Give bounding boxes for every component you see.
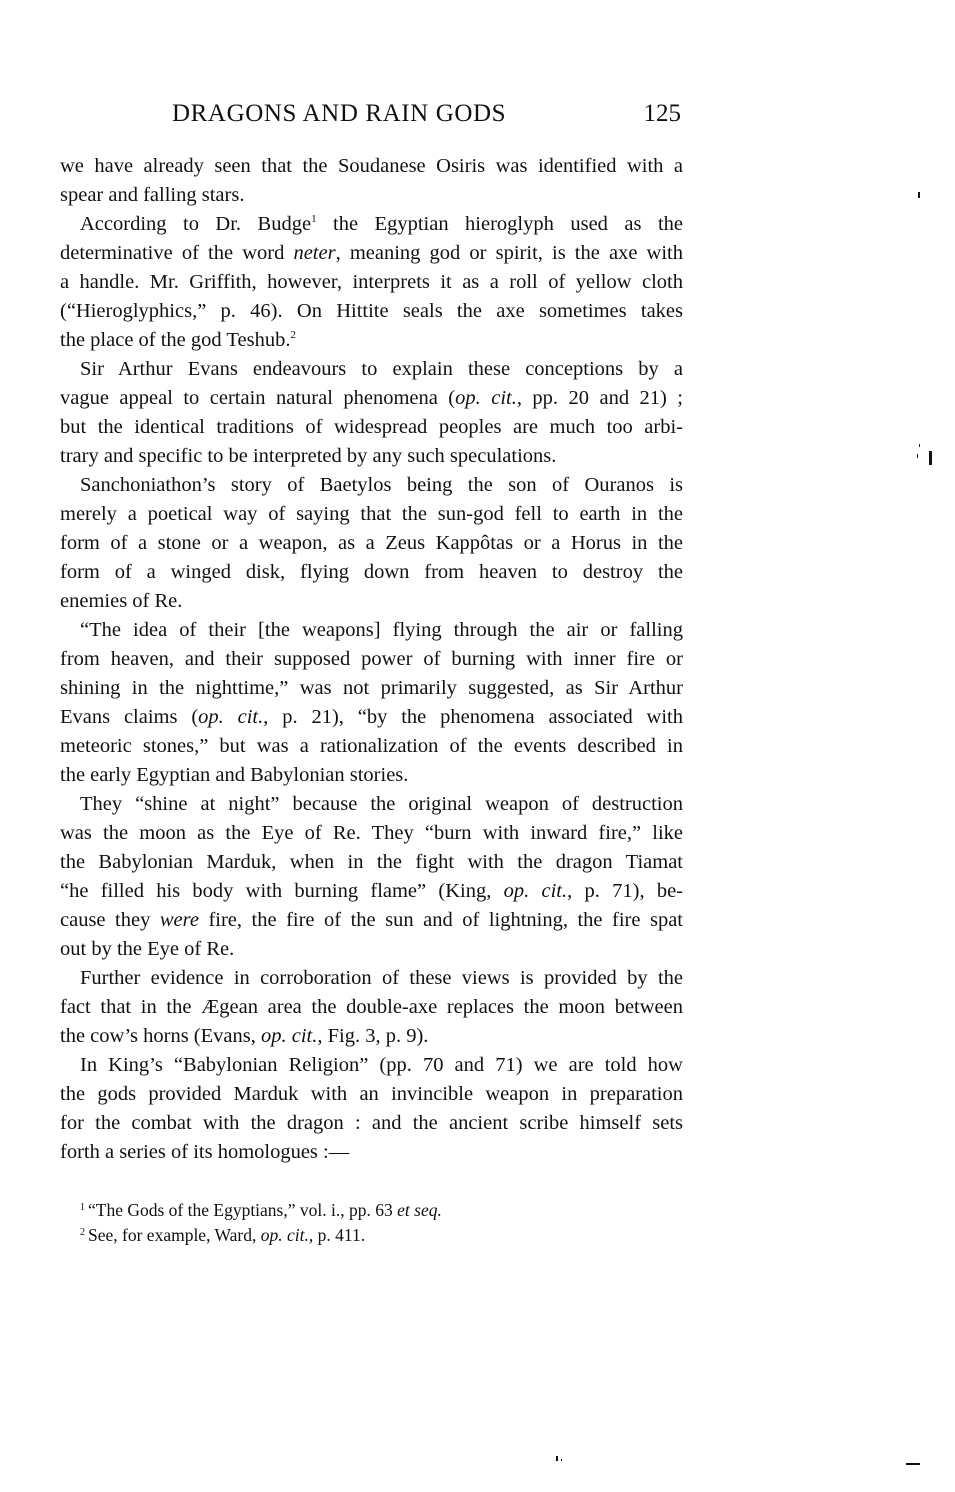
text-fragment: vague appeal to certain natural phenomen… <box>60 387 455 409</box>
text-fragment: cause they <box>60 909 150 931</box>
text-line: According to Dr. Budge1 the Egyptian hie… <box>60 210 683 239</box>
page-number: 125 <box>644 100 682 128</box>
body-text: we have already seen that the Soudanese … <box>60 152 683 1167</box>
text-line: They “shine at night” because the origin… <box>60 790 683 819</box>
text-line: merely a poetical way of saying that the… <box>60 500 683 529</box>
footnote-italic: et seq. <box>397 1200 442 1220</box>
text-fragment: According to Dr. Budge <box>80 213 311 235</box>
text-line: Sir Arthur Evans endeavours to explain t… <box>60 355 683 384</box>
text-line: the early Egyptian and Babylonian storie… <box>60 761 683 790</box>
text-line: cause they were fire, the fire of the su… <box>60 906 683 935</box>
text-line: the gods provided Marduk with an invinci… <box>60 1080 683 1109</box>
text-line: fact that in the Ægean area the double-a… <box>60 993 683 1022</box>
text-fragment: , p. 71), be- <box>567 880 683 902</box>
text-line: the cow’s horns (Evans, op. cit., Fig. 3… <box>60 1022 683 1051</box>
text-line: the Babylonian Marduk, when in the fight… <box>60 848 683 877</box>
footnote-text: “The Gods of the Egyptians,” vol. i., pp… <box>88 1200 397 1220</box>
text-line: In King’s “Babylonian Religion” (pp. 70 … <box>60 1051 683 1080</box>
footnotes: 1“The Gods of the Egyptians,” vol. i., p… <box>80 1198 580 1248</box>
text-line: Sanchoniathon’s story of Baetylos being … <box>60 471 683 500</box>
text-line: trary and specific to be interpreted by … <box>60 442 683 471</box>
footnote-text-after: , p. 411. <box>309 1225 365 1245</box>
text-line: “The idea of their [the weapons] flying … <box>60 616 683 645</box>
scan-artifact <box>561 1459 562 1461</box>
text-line: (“Hieroglyphics,” p. 46). On Hittite sea… <box>60 297 683 326</box>
text-fragment: the Egyptian hieroglyph used as the <box>317 213 683 235</box>
text-line: form of a winged disk, flying down from … <box>60 558 683 587</box>
italic-emphasis: were <box>160 909 199 931</box>
book-page: DRAGONS AND RAIN GODS 125 we have alread… <box>0 0 955 1492</box>
text-line: out by the Eye of Re. <box>60 935 683 964</box>
scan-artifact <box>919 444 920 447</box>
text-line: Further evidence in corroboration of the… <box>60 964 683 993</box>
text-line: vague appeal to certain natural phenomen… <box>60 384 683 413</box>
scan-artifact <box>556 1456 558 1461</box>
text-fragment: , Fig. 3, p. 9). <box>317 1025 428 1047</box>
text-fragment: “he filled his body with burning flame” … <box>60 880 491 902</box>
text-fragment: , pp. 20 and 21) ; <box>517 387 683 409</box>
footnote-mark: 1 <box>80 1202 85 1213</box>
text-line: from heaven, and their supposed power of… <box>60 645 683 674</box>
text-line: enemies of Re. <box>60 587 683 616</box>
scan-artifact <box>918 192 920 198</box>
footnote-reference-2[interactable]: 2 <box>290 329 296 341</box>
scan-artifact <box>917 454 918 458</box>
italic-citation: op. cit. <box>261 1025 317 1047</box>
text-line: shining in the nighttime,” was not prima… <box>60 674 683 703</box>
footnote-1: 1“The Gods of the Egyptians,” vol. i., p… <box>80 1198 580 1223</box>
text-line: for the combat with the dragon : and the… <box>60 1109 683 1138</box>
text-line: “he filled his body with burning flame” … <box>60 877 683 906</box>
scan-artifact <box>929 451 932 465</box>
text-fragment: , p. 21), “by the phenomena associated w… <box>263 706 683 728</box>
italic-citation: op. cit. <box>198 706 263 728</box>
text-line: we have already seen that the Soudanese … <box>60 152 683 181</box>
text-fragment: Evans claims ( <box>60 706 198 728</box>
italic-term: neter <box>293 242 335 264</box>
text-line: meteoric stones,” but was a rationalizat… <box>60 732 683 761</box>
italic-citation: op. cit. <box>504 880 568 902</box>
text-fragment: the place of the god Teshub. <box>60 329 290 351</box>
text-line: the place of the god Teshub.2 <box>60 326 683 355</box>
scan-artifact <box>906 1463 920 1465</box>
footnote-mark: 2 <box>80 1227 85 1238</box>
text-fragment: fire, the fire of the sun and of lightni… <box>199 909 683 931</box>
text-line: a handle. Mr. Griffith, however, interpr… <box>60 268 683 297</box>
text-fragment: determinative of the word <box>60 242 284 264</box>
footnote-2: 2See, for example, Ward, op. cit., p. 41… <box>80 1223 580 1248</box>
italic-citation: op. cit. <box>455 387 517 409</box>
footnote-italic: op. cit. <box>261 1225 309 1245</box>
text-fragment: the cow’s horns (Evans, <box>60 1025 256 1047</box>
text-line: but the identical traditions of widespre… <box>60 413 683 442</box>
text-fragment: , meaning god or spirit, is the axe with <box>336 242 683 264</box>
text-line: forth a series of its homologues :— <box>60 1138 683 1167</box>
text-line: Evans claims (op. cit., p. 21), “by the … <box>60 703 683 732</box>
running-head: DRAGONS AND RAIN GODS 125 <box>60 100 683 134</box>
footnote-text: See, for example, Ward, <box>88 1225 261 1245</box>
text-line: spear and falling stars. <box>60 181 683 210</box>
text-line: determinative of the word neter, meaning… <box>60 239 683 268</box>
running-title: DRAGONS AND RAIN GODS <box>172 100 506 128</box>
text-line: form of a stone or a weapon, as a Zeus K… <box>60 529 683 558</box>
text-line: was the moon as the Eye of Re. They “bur… <box>60 819 683 848</box>
